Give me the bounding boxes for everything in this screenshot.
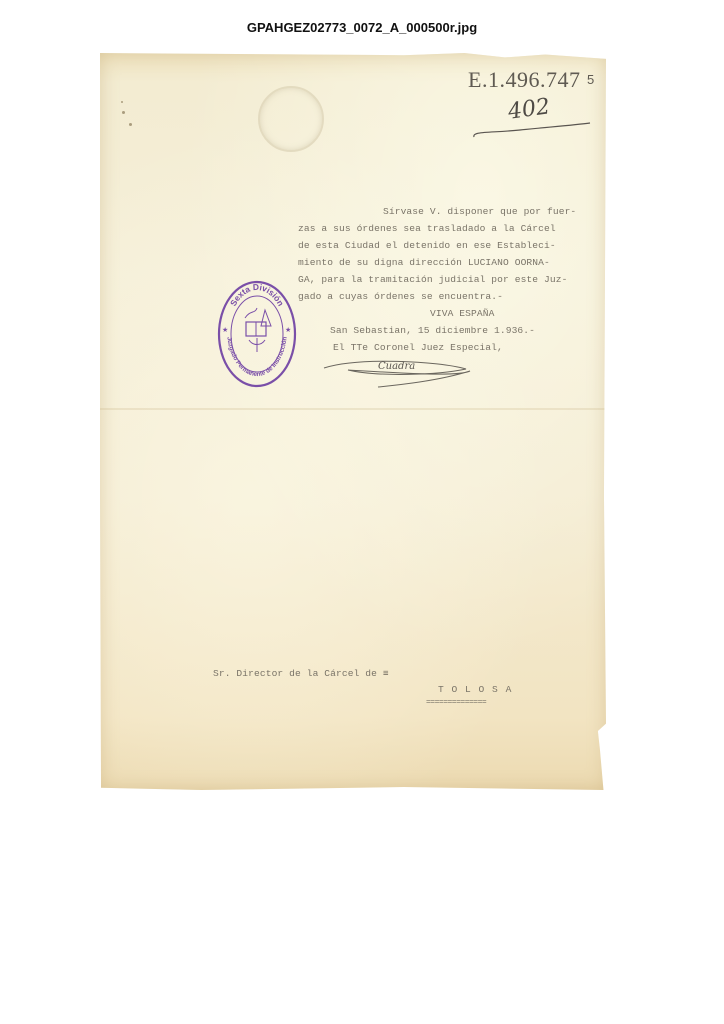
place-date: San Sebastian, 15 diciembre 1.936.- [330,322,535,339]
reference-stamp-number: E.1.496.747 [468,67,580,93]
body-line-5: GA, para la tramitación judicial por est… [298,271,567,288]
svg-text:Cuadra: Cuadra [378,361,415,372]
file-name-title: GPAHGEZ02773_0072_A_000500r.jpg [0,20,724,35]
body-line-6: gado a cuyas órdenes se encuentra.- [298,288,503,305]
official-stamp: Sexta División Juzgado Permanente de Ins… [217,280,297,388]
svg-text:★: ★ [222,326,228,334]
ink-speck [129,123,132,126]
addressee: Sr. Director de la Cárcel de ≡ [213,665,389,682]
ink-speck [121,101,123,103]
ink-speck [122,111,125,114]
signature: Cuadra [318,353,478,393]
svg-text:Sexta División: Sexta División [228,282,286,308]
body-line-2: zas a sus órdenes sea trasladado a la Cá… [298,220,556,237]
body-line-4: miento de su digna dirección LUCIANO OOR… [298,254,550,271]
body-line-3: de esta Ciudad el detenido en ese Establ… [298,237,556,254]
salutation: VIVA ESPAÑA [430,305,494,322]
page-number: 5 [587,72,594,87]
paper-fold-line [100,408,606,410]
body-line-1: Sírvase V. disponer que por fuer- [383,203,576,220]
svg-text:★: ★ [285,326,291,334]
document-page: E.1.496.747 5 402 Sírvase V. disponer qu… [100,53,606,790]
place-underline: ============== [426,694,486,711]
embossed-seal [258,86,324,152]
handwritten-flourish [470,119,595,141]
